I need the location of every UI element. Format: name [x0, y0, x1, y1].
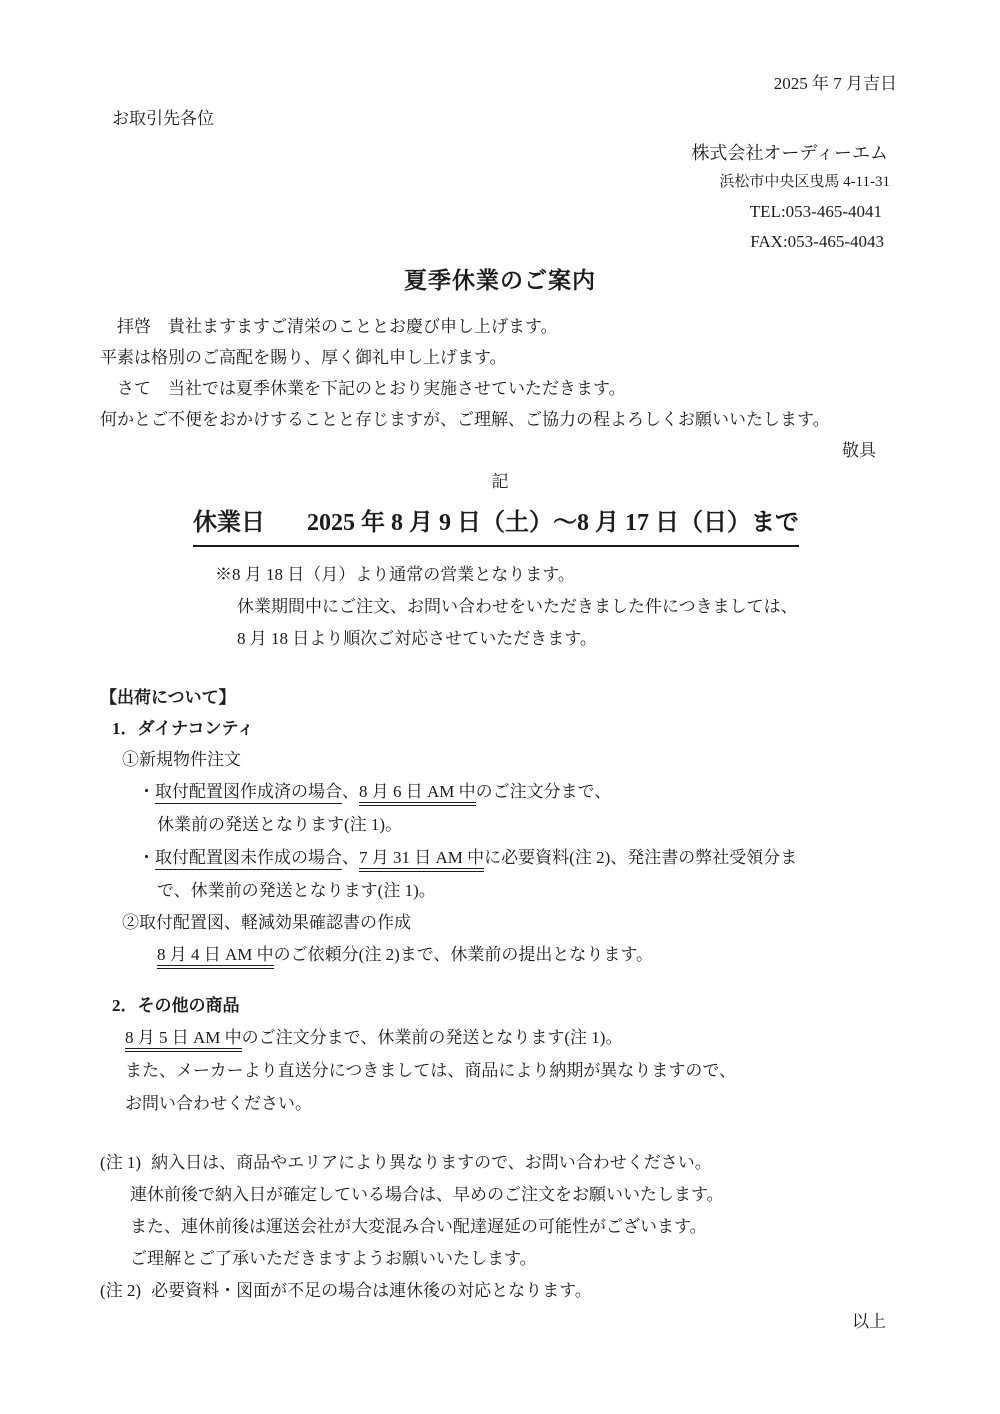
note2-line1: (注 2)必要資料・図面が不足の場合は連休後の対応となります。: [100, 1275, 900, 1307]
page-title: 夏季休業のご案内: [100, 264, 900, 297]
bullet2-tail: に必要資料(注 2)、発注書の弊社受領分ま: [484, 848, 797, 867]
remark-block: ※8 月 18 日（月）より通常の営業となります。 休業期間中にご注文、お問い合…: [100, 559, 900, 655]
item2-line1: 8 月 5 日 AM 中のご注文分まで、休業前の発送となります(注 1)。: [125, 1021, 900, 1054]
bullet1-deadline: 8 月 6 日 AM 中: [359, 782, 476, 806]
keigu-closing: 敬具: [100, 435, 900, 466]
sub2-tail: のご依頼分(注 2)まで、休業前の提出となります。: [274, 945, 653, 964]
item1-bullet2-line1: ・取付配置図未作成の場合、7 月 31 日 AM 中に必要資料(注 2)、発注書…: [138, 841, 900, 874]
bullet1-tail: のご注文分まで、: [476, 782, 612, 801]
item1-title: 1．ダイナコンティ: [112, 713, 900, 744]
item2-line2: また、メーカーより直送分につきましては、商品により納期が異なりますので、: [125, 1054, 900, 1087]
item1-bullet2-line2: で、休業前の発送となります(注 1)。: [157, 874, 900, 907]
item1-bullet1-line2: 休業前の発送となります(注 1)。: [157, 808, 900, 841]
greeting-line-1: 拝啓 貴社ますますご清栄のこととお慶び申し上げます。: [100, 311, 900, 342]
bullet-marker: ・: [138, 782, 155, 801]
shipping-section-heading: 【出荷について】: [100, 682, 900, 713]
bullet2-underlined-text: 取付配置図未作成の場合: [155, 848, 342, 870]
bullet2-comma: 、: [342, 848, 359, 867]
item2-block: 2．その他の商品 8 月 5 日 AM 中のご注文分まで、休業前の発送となります…: [100, 990, 900, 1120]
bullet1-underlined-text: 取付配置図作成済の場合: [155, 782, 342, 804]
closure-label: 休業日: [193, 510, 265, 536]
bullet-marker: ・: [138, 848, 155, 867]
item1-sub1-title: ①新規物件注文: [122, 744, 900, 775]
greeting-line-4: 何かとご不便をおかけすることと存じますが、ご理解、ご協力の程よろしくお願いいたし…: [100, 404, 900, 435]
bullet1-comma: 、: [342, 782, 359, 801]
recipient: お取引先各位: [112, 107, 900, 131]
item2-title: 2．その他の商品: [112, 990, 900, 1021]
remark-line-3: 8 月 18 日より順次ご対応させていただきます。: [237, 623, 900, 655]
note1-line3: また、連休前後は運送会社が大変混み合い配達遅延の可能性がございます。: [130, 1211, 900, 1243]
company-fax: FAX:053-465-4043: [100, 227, 900, 257]
document-page: 2025 年 7 月吉日 お取引先各位 株式会社オーディーエム 浜松市中央区曳馬…: [0, 0, 1000, 1414]
note1-line2: 連休前後で納入日が確定している場合は、早めのご注文をお願いいたします。: [130, 1179, 900, 1211]
greeting-line-3: さて 当社では夏季休業を下記のとおり実施させていただきます。: [100, 373, 900, 404]
item2-deadline: 8 月 5 日 AM 中: [125, 1028, 242, 1052]
greeting-line-2: 平素は格別のご高配を賜り、厚く御礼申し上げます。: [100, 342, 900, 373]
note1-text: 納入日は、商品やエリアにより異なりますので、お問い合わせください。: [151, 1153, 712, 1172]
closure-underlined-group: 休業日2025 年 8 月 9 日（土）～8 月 17 日（日）まで: [193, 506, 799, 547]
company-address: 浜松市中央区曳馬 4-11-31: [100, 168, 900, 197]
sub2-deadline: 8 月 4 日 AM 中: [157, 945, 274, 969]
date-line: 2025 年 7 月吉日: [100, 73, 900, 95]
company-block: 株式会社オーディーエム 浜松市中央区曳馬 4-11-31 TEL:053-465…: [100, 138, 900, 257]
item1-bullet1-line1: ・取付配置図作成済の場合、8 月 6 日 AM 中のご注文分まで、: [138, 775, 900, 808]
remark-line-2: 休業期間中にご注文、お問い合わせをいただきました件につきましては、: [237, 591, 900, 623]
remark-line-1: ※8 月 18 日（月）より通常の営業となります。: [215, 559, 900, 591]
closure-period: 2025 年 8 月 9 日（土）～8 月 17 日（日）まで: [307, 510, 799, 536]
item2-line3: お問い合わせください。: [125, 1087, 900, 1120]
ijou-closing: 以上: [100, 1307, 900, 1337]
notes-block: (注 1)納入日は、商品やエリアにより異なりますので、お問い合わせください。 連…: [100, 1147, 900, 1307]
closure-date-line: 休業日2025 年 8 月 9 日（土）～8 月 17 日（日）まで: [193, 506, 900, 547]
note2-text: 必要資料・図面が不足の場合は連休後の対応となります。: [151, 1281, 592, 1300]
ki-marker: 記: [100, 466, 900, 497]
bullet2-deadline: 7 月 31 日 AM 中: [359, 848, 484, 872]
greeting-block: 拝啓 貴社ますますご清栄のこととお慶び申し上げます。 平素は格別のご高配を賜り、…: [100, 311, 900, 466]
note1-line4: ご理解とご了承いただきますようお願いいたします。: [130, 1243, 900, 1275]
note1-label: (注 1): [100, 1153, 141, 1172]
item1-sub2-title: ②取付配置図、軽減効果確認書の作成: [122, 907, 900, 938]
note2-label: (注 2): [100, 1281, 141, 1300]
item1-sub2-line: 8 月 4 日 AM 中のご依頼分(注 2)まで、休業前の提出となります。: [157, 938, 900, 971]
item2-line1-tail: のご注文分まで、休業前の発送となります(注 1)。: [242, 1028, 623, 1047]
company-name: 株式会社オーディーエム: [100, 138, 900, 168]
note1-line1: (注 1)納入日は、商品やエリアにより異なりますので、お問い合わせください。: [100, 1147, 900, 1179]
company-tel: TEL:053-465-4041: [100, 197, 900, 227]
